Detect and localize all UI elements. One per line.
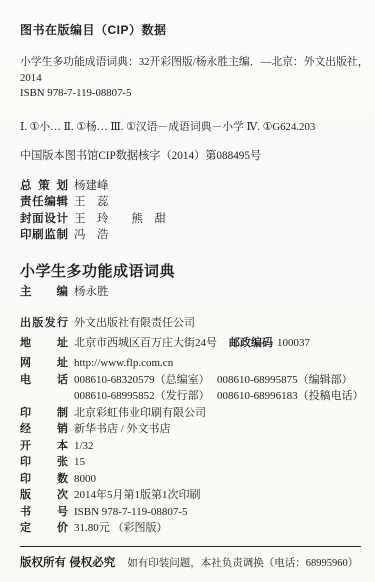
pub-row-publisher: 出版发行外文出版社有限责任公司 [20,317,361,329]
pub-value: 北京市西城区百万庄大街24号 [74,337,217,349]
staff-row-editor-in-charge: 责任编辑王 蕊 [20,196,361,208]
copyright-notice: 版权所有 侵权必究如有印装问题，本社负责调换（电话：68995960） [20,557,361,570]
cip-record-number: 中国版本图书馆CIP数据核字（2014）第088495号 [20,150,361,163]
pub-value: 2014年5月第1版第1次印刷 [74,489,201,501]
phone-submission: 008610-68996183（投稿电话） [217,390,364,402]
staff-row-cover-design: 封面设计王 玲 熊 甜 [20,213,361,225]
pub-label: 印张 [20,456,68,468]
pub-label: 网址 [20,357,68,369]
cip-classification: Ⅰ. ①小… Ⅱ. ①杨… Ⅲ. ①汉语－成语词典－小学 Ⅳ. ①G624.20… [20,121,361,134]
editor-row: 主编杨永胜 [20,286,361,298]
editor-label: 主编 [20,286,68,298]
pub-label: 书号 [20,506,68,518]
postcode-label: 邮政编码 [229,337,273,349]
pub-value: ISBN 978-7-119-08807-5 [74,506,188,518]
pub-label: 地址 [20,337,68,349]
pub-label: 开本 [20,440,68,452]
pub-value: 31.80元 （彩图版） [74,522,168,534]
staff-label: 责任编辑 [20,196,68,208]
pub-label: 定价 [20,522,68,534]
pub-label: 版次 [20,489,68,501]
staff-value: 冯 浩 [74,229,109,241]
pub-value: 1/32 [74,440,94,452]
pub-value: 外文出版社有限责任公司 [74,317,195,329]
pub-row-printer: 印制北京彩虹伟业印刷有限公司 [20,407,361,419]
pub-row-distributor: 经销新华书店 / 外文书店 [20,423,361,435]
cip-entry: 小学生多功能成语词典：32开彩图版/杨永胜主编．—北京：外文出版社， 2014 … [20,55,361,102]
phone-editorial-dept: 008610-68995875（编辑部） [217,374,353,386]
phone-general-office: 008610-68320579（总编室） [74,374,217,386]
cip-entry-line1: 小学生多功能成语词典：32开彩图版/杨永胜主编．—北京：外文出版社， [20,55,361,71]
pub-label: 电话 [20,374,68,386]
pub-label: 印数 [20,473,68,485]
pub-row-phone-line2: 008610-68995852（发行部）008610-68996183（投稿电话… [20,390,361,402]
website-url: http://www.flp.com.cn [74,357,173,369]
pub-value: 8000 [74,473,96,485]
pub-label: 印制 [20,407,68,419]
staff-value: 王 玲 熊 甜 [74,213,166,225]
staff-value: 王 蕊 [74,196,109,208]
pub-value: 北京彩虹伟业印刷有限公司 [74,407,206,419]
editor-name: 杨永胜 [74,286,109,298]
staff-label: 总策划 [20,180,68,192]
staff-row-chief-planner: 总策划杨建峰 [20,180,361,192]
pub-label: 出版发行 [20,317,68,329]
phone-distribution-dept: 008610-68995852（发行部） [74,390,217,402]
pub-row-copies: 印数8000 [20,473,361,485]
copyright-page: 图书在版编目（CIP）数据 小学生多功能成语词典：32开彩图版/杨永胜主编．—北… [0,0,375,582]
pub-value: 15 [74,456,85,468]
staff-credits: 总策划杨建峰 责任编辑王 蕊 封面设计王 玲 熊 甜 印刷监制冯 浩 [20,180,361,242]
cip-isbn: ISBN 978-7-119-08807-5 [20,86,361,102]
pub-row-website: 网址http://www.flp.com.cn [20,357,361,369]
book-title: 小学生多功能成语词典 [20,264,361,280]
staff-value: 杨建峰 [74,180,109,192]
cip-heading: 图书在版编目（CIP）数据 [20,24,361,37]
pub-value: 新华书店 / 外文书店 [74,423,171,435]
staff-label: 印刷监制 [20,229,68,241]
pub-row-phone-line1: 电话008610-68320579（总编室）008610-68995875（编辑… [20,374,361,386]
pub-row-address: 地址北京市西城区百万庄大街24号邮政编码100037 [20,337,361,349]
staff-label: 封面设计 [20,213,68,225]
copyright-notice-bold: 版权所有 侵权必究 [20,557,115,569]
cip-entry-line2: 2014 [20,71,361,87]
pub-label: 经销 [20,423,68,435]
pub-row-price: 定价31.80元 （彩图版） [20,522,361,534]
pub-row-book-number: 书号ISBN 978-7-119-08807-5 [20,506,361,518]
pub-row-edition: 版次2014年5月第1版第1次印刷 [20,489,361,501]
pub-row-sheets: 印张15 [20,456,361,468]
publication-info: 出版发行外文出版社有限责任公司 地址北京市西城区百万庄大街24号邮政编码1000… [20,317,361,534]
divider-rule [20,546,361,547]
postcode-value: 100037 [277,337,310,349]
staff-row-print-supervisor: 印刷监制冯 浩 [20,229,361,241]
copyright-notice-text: 如有印装问题，本社负责调换（电话：68995960） [127,558,358,569]
pub-row-format: 开本1/32 [20,440,361,452]
